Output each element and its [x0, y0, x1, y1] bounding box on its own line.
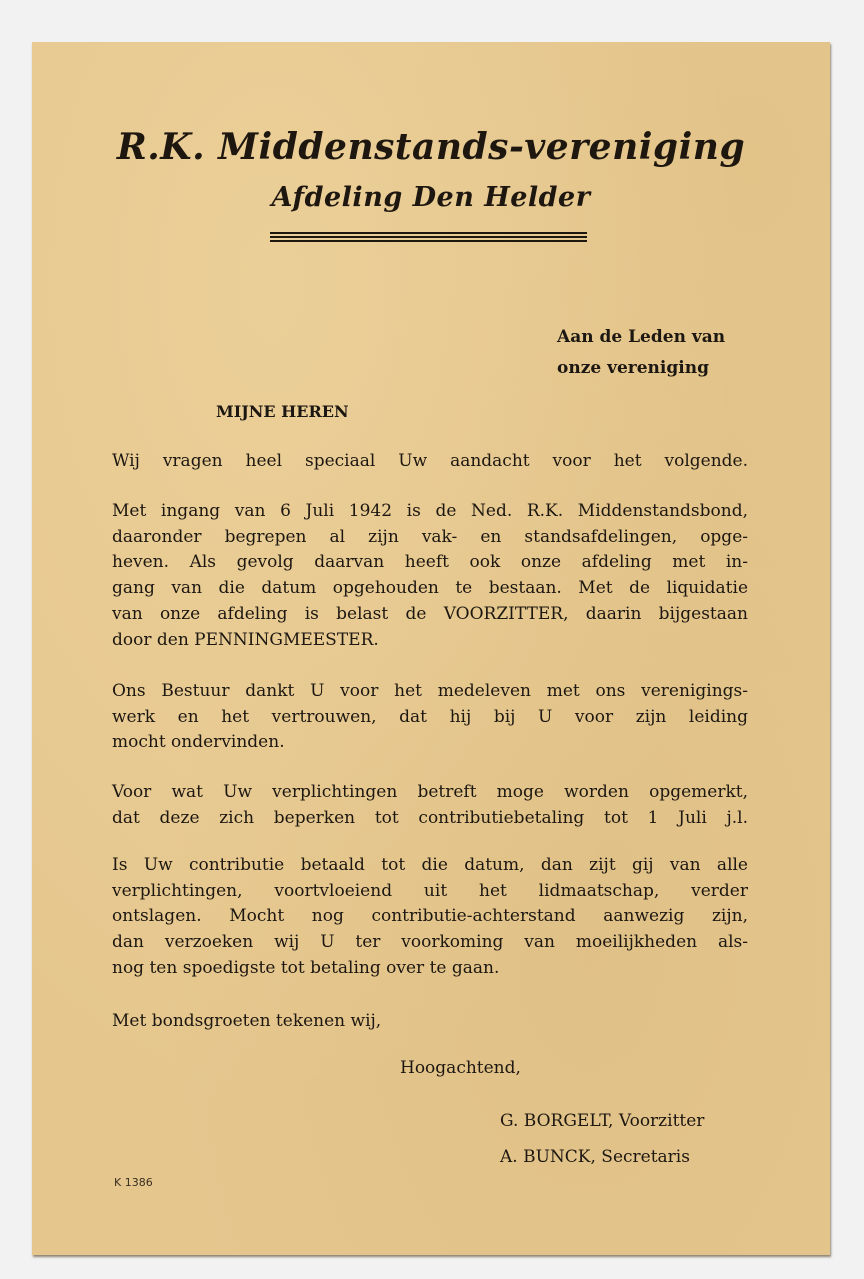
text-line: dan verzoeken wij U ter voorkoming van m…: [112, 930, 748, 956]
text-line: van onze afdeling is belast de VOORZITTE…: [112, 602, 748, 628]
addressee: Aan de Leden van onze vereniging: [557, 322, 725, 384]
text-line: Met ingang van 6 Juli 1942 is de Ned. R.…: [112, 499, 748, 525]
text-line: werk en het vertrouwen, dat hij bij U vo…: [112, 705, 748, 731]
text-line: heven. Als gevolg daarvan heeft ook onze…: [112, 550, 748, 576]
text-line: gang van die datum opgehouden te bestaan…: [112, 576, 748, 602]
text-line: Ons Bestuur dankt U voor het medeleven m…: [112, 679, 748, 705]
letterhead-rules: [270, 232, 587, 244]
paragraph-thanks: Ons Bestuur dankt U voor het medeleven m…: [112, 679, 748, 756]
letterhead-subtitle: Afdeling Den Helder: [32, 182, 830, 213]
addressee-line: Aan de Leden van: [557, 322, 725, 353]
complimentary-close: Hoogachtend,: [400, 1056, 521, 1082]
text-line: door den PENNINGMEESTER.: [112, 628, 748, 654]
text-line: Wij vragen heel speciaal Uw aandacht voo…: [112, 449, 748, 475]
text-line: mocht ondervinden.: [112, 730, 748, 756]
paragraph-obligations: Voor wat Uw verplichtingen betreft moge …: [112, 780, 748, 831]
paragraph-intro: Wij vragen heel speciaal Uw aandacht voo…: [112, 449, 748, 475]
letter-sheet: R.K. Middenstands-vereniging Afdeling De…: [32, 42, 830, 1255]
signatory-chairman: G. BORGELT, Voorzitter: [500, 1103, 704, 1139]
text-line: verplichtingen, voortvloeiend uit het li…: [112, 879, 748, 905]
paragraph-dissolution: Met ingang van 6 Juli 1942 is de Ned. R.…: [112, 499, 748, 653]
signatory-secretary: A. BUNCK, Secretaris: [500, 1139, 704, 1175]
letterhead-title: R.K. Middenstands-vereniging: [32, 126, 830, 168]
salutation: MIJNE HEREN: [216, 399, 349, 425]
addressee-line: onze vereniging: [557, 353, 725, 384]
closing-line: Met bondsgroeten tekenen wij,: [112, 1009, 381, 1035]
text-line: daaronder begrepen al zijn vak- en stand…: [112, 525, 748, 551]
paragraph-contribution: Is Uw contributie betaald tot die datum,…: [112, 853, 748, 982]
text-line: nog ten spoedigste tot betaling over te …: [112, 956, 748, 982]
document-code: K 1386: [114, 1176, 153, 1189]
divider-line: [270, 240, 587, 242]
text-line: dat deze zich beperken tot contributiebe…: [112, 806, 748, 832]
signatories: G. BORGELT, Voorzitter A. BUNCK, Secreta…: [500, 1103, 704, 1175]
text-line: Is Uw contributie betaald tot die datum,…: [112, 853, 748, 879]
divider-line: [270, 236, 587, 238]
divider-line: [270, 232, 587, 234]
text-line: Voor wat Uw verplichtingen betreft moge …: [112, 780, 748, 806]
text-line: ontslagen. Mocht nog contributie-achters…: [112, 904, 748, 930]
